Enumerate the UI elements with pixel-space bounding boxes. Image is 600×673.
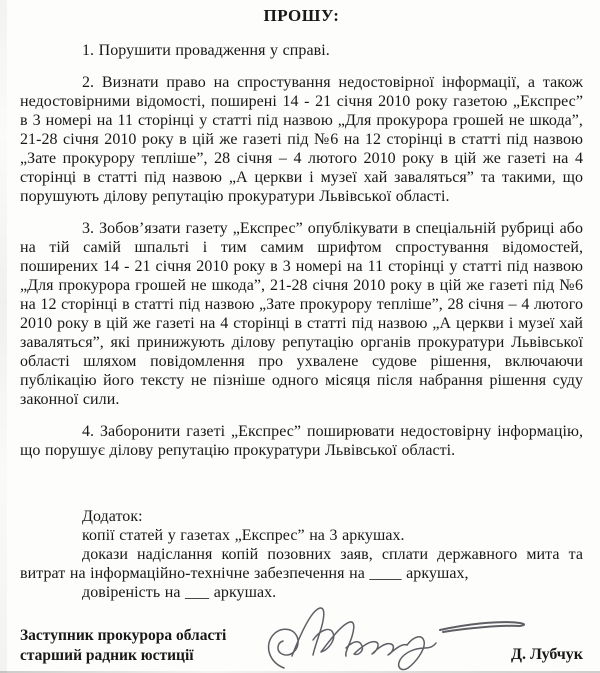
petition-item-2: 2. Визнати право на спростування недосто…: [20, 73, 583, 206]
petition-item-3: 3. Зобов’язати газету „Експрес” опубліку…: [20, 219, 583, 409]
signer-position-line2: старший радник юстиції: [20, 646, 226, 666]
signer-name: Д. Лубчук: [511, 646, 583, 666]
petition-item-1: 1. Порушити провадження у справі.: [20, 41, 583, 60]
signer-position: Заступник прокурора області старший радн…: [20, 626, 226, 666]
attachment-item: довіреність на ___ аркушах.: [20, 583, 583, 602]
scan-edge-artifact: [0, 0, 7, 673]
attachments-section: Додаток: копії статей у газетах „Експрес…: [20, 507, 583, 602]
document-page: ПРОШУ: 1. Порушити провадження у справі.…: [0, 0, 600, 673]
attachment-item: докази надіслання копій позовних заяв, с…: [20, 545, 583, 583]
signature-block: Заступник прокурора області старший радн…: [20, 626, 583, 666]
attachments-heading: Додаток:: [20, 507, 583, 526]
petition-item-4: 4. Заборонити газеті „Експрес” поширюват…: [20, 422, 583, 460]
page-title: ПРОШУ:: [20, 6, 583, 26]
attachment-item: копії статей у газетах „Експрес” на 3 ар…: [20, 526, 583, 545]
signer-position-line1: Заступник прокурора області: [20, 626, 226, 646]
